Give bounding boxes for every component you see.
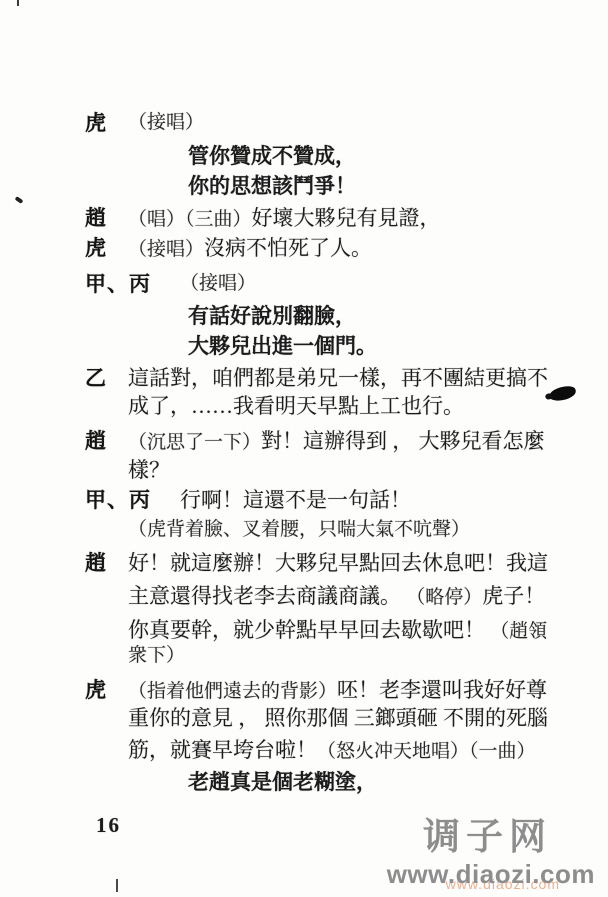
- watermark-title: 调子网: [423, 806, 552, 860]
- speaker-label: 虎: [85, 232, 107, 262]
- script-line: 成了，……我看明天早點上工也行。: [0, 390, 608, 418]
- stage-direction: （略停）: [406, 587, 482, 608]
- dialogue-line: 重你的意見 ， 照你那個 三鎯頭砸 不開的死腦: [128, 702, 548, 732]
- script-line: （虎背着臉、叉着腰，只喘大氣不吭聲）: [0, 514, 608, 542]
- script-line: 趙好！就這麼辦！大夥兒早點回去休息吧！我這: [0, 547, 608, 575]
- speaker-label: 虎: [85, 674, 107, 704]
- dialogue-line: 成了，……我看明天早點上工也行。: [128, 390, 464, 420]
- dialogue-text: 筋，就賽早垮台啦！: [128, 738, 317, 762]
- watermark: www.diaozi.com 调子网 www.diaozi.com: [328, 797, 608, 897]
- dialogue-line: （沉思了一下）對！這辦得到 ， 大夥兒看怎麼: [128, 425, 545, 455]
- stage-direction: （沉思了一下）: [128, 432, 261, 453]
- dialogue-text: 有話好說別翻臉，: [188, 304, 356, 328]
- speaker-label: 甲、丙: [85, 268, 151, 298]
- dialogue-line: 樣？: [128, 454, 170, 484]
- dialogue-text: 你真要幹，就少幹點早早回去歇歇吧！: [128, 618, 490, 642]
- dialogue-line: 衆下）: [128, 640, 185, 667]
- dialogue-line: （接唱）: [128, 107, 204, 134]
- script-line: 有話好說別翻臉，: [0, 300, 608, 328]
- watermark-url: www.diaozi.com: [387, 859, 595, 890]
- script-line: 甲、丙行啊！這還不是一句話！: [0, 484, 608, 512]
- stage-direction: （接唱）: [128, 112, 204, 133]
- dialogue-text: 好！就這麼辦！大夥兒早點回去休息吧！我這: [128, 551, 548, 575]
- stage-direction: （怒火冲天地唱）（一曲）: [317, 741, 536, 762]
- dialogue-line: （接唱）: [180, 268, 256, 295]
- dialogue-line: （唱）（三曲）好壞大夥兒有見證，: [128, 202, 441, 232]
- lyric-line: 你的思想該鬥爭！: [188, 170, 356, 200]
- dialogue-line: 主意還得找老李去商議商議。 （略停）虎子！: [128, 580, 545, 610]
- script-line: 管你贊成不贊成，: [0, 140, 608, 168]
- script-line: 虎（接唱）沒病不怕死了人。: [0, 232, 608, 260]
- dialogue-text: 大夥兒出進一個門。: [188, 334, 377, 358]
- script-line: 甲、丙（接唱）: [0, 268, 608, 296]
- dialogue-line: （指着他們遠去的背影）呸！老李還叫我好好尊: [128, 674, 547, 704]
- lyric-line: 有話好說別翻臉，: [188, 300, 356, 330]
- stage-direction: （趙領: [490, 621, 547, 642]
- dialogue-line: （接唱）沒病不怕死了人。: [128, 232, 372, 262]
- script-line: 重你的意見 ， 照你那個 三鎯頭砸 不開的死腦: [0, 702, 608, 730]
- speaker-label: 甲、丙: [85, 484, 151, 514]
- script-line: 虎（接唱）: [0, 107, 608, 135]
- dialogue-line: 行啊！這還不是一句話！: [180, 484, 411, 514]
- script-line: 乙這話對，咱們都是弟兄一樣，再不團結更搞不: [0, 362, 608, 390]
- script-line: 你真要幹，就少幹點早早回去歇歇吧！ （趙領: [0, 614, 608, 642]
- lyric-line: 管你贊成不贊成，: [188, 140, 356, 170]
- lyric-line: 大夥兒出進一個門。: [188, 330, 377, 360]
- speaker-label: 乙: [85, 362, 107, 392]
- scanned-page: 虎（接唱）管你贊成不贊成，你的思想該鬥爭！趙（唱）（三曲）好壞大夥兒有見證，虎（…: [0, 0, 608, 897]
- dialogue-text: 沒病不怕死了人。: [204, 236, 372, 260]
- script-line: 你的思想該鬥爭！: [0, 170, 608, 198]
- dialogue-text: 行啊！這還不是一句話！: [180, 488, 411, 512]
- script-line: 樣？: [0, 454, 608, 482]
- dialogue-text: 老趙真是個老糊塗，: [188, 770, 377, 794]
- stage-direction: （指着他們遠去的背影）: [128, 681, 337, 702]
- script-line: 大夥兒出進一個門。: [0, 330, 608, 358]
- dialogue-text: 對！這辦得到 ， 大夥兒看怎麼: [261, 429, 545, 453]
- script-line: 主意還得找老李去商議商議。 （略停）虎子！: [0, 580, 608, 608]
- speaker-label: 趙: [85, 425, 107, 455]
- script-line: 虎（指着他們遠去的背影）呸！老李還叫我好好尊: [0, 674, 608, 702]
- dialogue-text: 這話對，咱們都是弟兄一樣，再不團結更搞不: [128, 366, 548, 390]
- stage-direction: 衆下）: [128, 645, 185, 666]
- page-number: 16: [96, 813, 121, 838]
- script-line: 老趙真是個老糊塗，: [0, 766, 608, 794]
- script-line: 趙（沉思了一下）對！這辦得到 ， 大夥兒看怎麼: [0, 425, 608, 453]
- stage-direction: （唱）（三曲）: [128, 209, 252, 230]
- lyric-line: 老趙真是個老糊塗，: [188, 766, 377, 796]
- stage-direction: （接唱）: [180, 273, 256, 294]
- speaker-label: 虎: [85, 107, 107, 137]
- dialogue-text: 虎子！: [482, 584, 545, 608]
- dialogue-text: 主意還得找老李去商議商議。: [128, 584, 406, 608]
- dialogue-text: 你的思想該鬥爭！: [188, 174, 356, 198]
- dialogue-line: 這話對，咱們都是弟兄一樣，再不團結更搞不: [128, 362, 548, 392]
- dialogue-text: 樣？: [128, 458, 170, 482]
- script-text-block: 虎（接唱）管你贊成不贊成，你的思想該鬥爭！趙（唱）（三曲）好壞大夥兒有見證，虎（…: [0, 0, 608, 897]
- dialogue-text: 管你贊成不贊成，: [188, 144, 356, 168]
- script-line: 趙（唱）（三曲）好壞大夥兒有見證，: [0, 202, 608, 230]
- dialogue-line: 好！就這麼辦！大夥兒早點回去休息吧！我這: [128, 547, 548, 577]
- speaker-label: 趙: [85, 202, 107, 232]
- dialogue-line: （虎背着臉、叉着腰，只喘大氣不吭聲）: [128, 514, 470, 541]
- dialogue-text: 重你的意見 ， 照你那個 三鎯頭砸 不開的死腦: [128, 706, 548, 730]
- dialogue-text: 成了，……我看明天早點上工也行。: [128, 394, 464, 418]
- dialogue-text: 好壞大夥兒有見證，: [252, 206, 441, 230]
- script-line: 衆下）: [0, 640, 608, 668]
- stage-direction: （接唱）: [128, 239, 204, 260]
- stage-direction: （虎背着臉、叉着腰，只喘大氣不吭聲）: [128, 519, 470, 540]
- dialogue-line: 筋，就賽早垮台啦！（怒火冲天地唱）（一曲）: [128, 734, 536, 764]
- dialogue-text: 呸！老李還叫我好好尊: [337, 678, 547, 702]
- script-line: 筋，就賽早垮台啦！（怒火冲天地唱）（一曲）: [0, 734, 608, 762]
- speaker-label: 趙: [85, 547, 107, 577]
